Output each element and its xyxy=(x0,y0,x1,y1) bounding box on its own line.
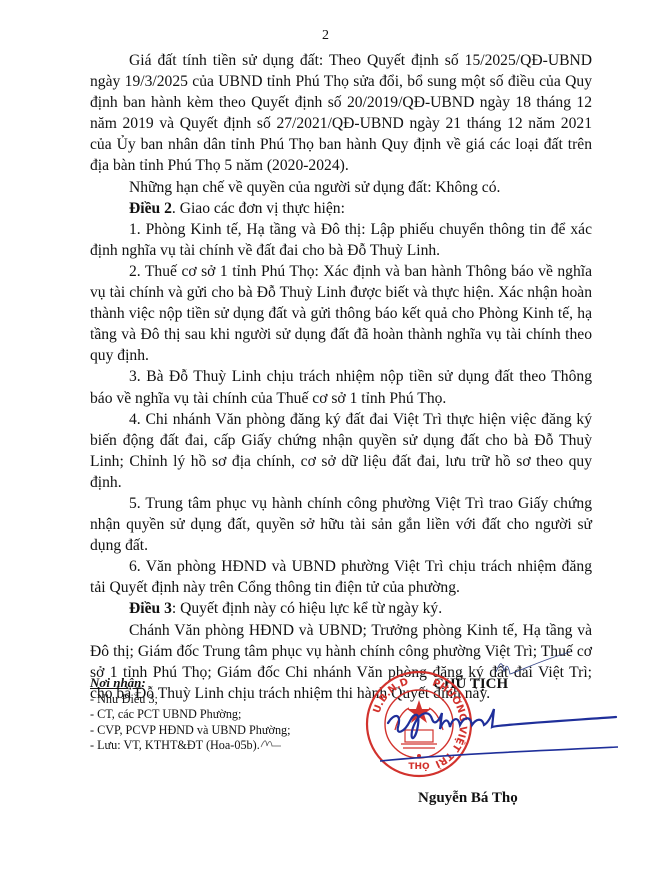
recipient-item: - Như Điều 3; xyxy=(90,692,291,708)
initials-mark xyxy=(260,736,282,750)
signature-icon xyxy=(380,695,620,765)
article-2-item-5: 5. Trung tâm phục vụ hành chính công phư… xyxy=(90,493,592,556)
paragraph-land-price: Giá đất tính tiền sử dụng đất: Theo Quyế… xyxy=(90,50,592,177)
paragraph-restrictions: Những hạn chế về quyền của người sử dụng… xyxy=(90,177,592,198)
article-2-item-6: 6. Văn phòng HĐND và UBND phường Việt Tr… xyxy=(90,556,592,598)
article-2-item-2: 2. Thuế cơ sở 1 tỉnh Phú Thọ: Xác định v… xyxy=(90,261,592,366)
article-2-heading: Điều 2. Giao các đơn vị thực hiện: xyxy=(90,198,592,219)
signer-name: Nguyễn Bá Thọ xyxy=(418,790,518,807)
article-2-item-3: 3. Bà Đỗ Thuỳ Linh chịu trách nhiệm nộp … xyxy=(90,366,592,408)
article-2-item-1: 1. Phòng Kinh tế, Hạ tầng và Đô thị: Lập… xyxy=(90,219,592,261)
article-2-item-4: 4. Chi nhánh Văn phòng đăng ký đất đai V… xyxy=(90,409,592,493)
article-3-heading: Điều 3: Quyết định này có hiệu lực kể từ… xyxy=(90,598,592,619)
recipient-item: - CT, các PCT UBND Phường; xyxy=(90,707,291,723)
recipients-heading: Nơi nhận: xyxy=(90,675,291,692)
document-body: Giá đất tính tiền sử dụng đất: Theo Quyế… xyxy=(90,50,592,704)
page-number: 2 xyxy=(0,28,651,44)
